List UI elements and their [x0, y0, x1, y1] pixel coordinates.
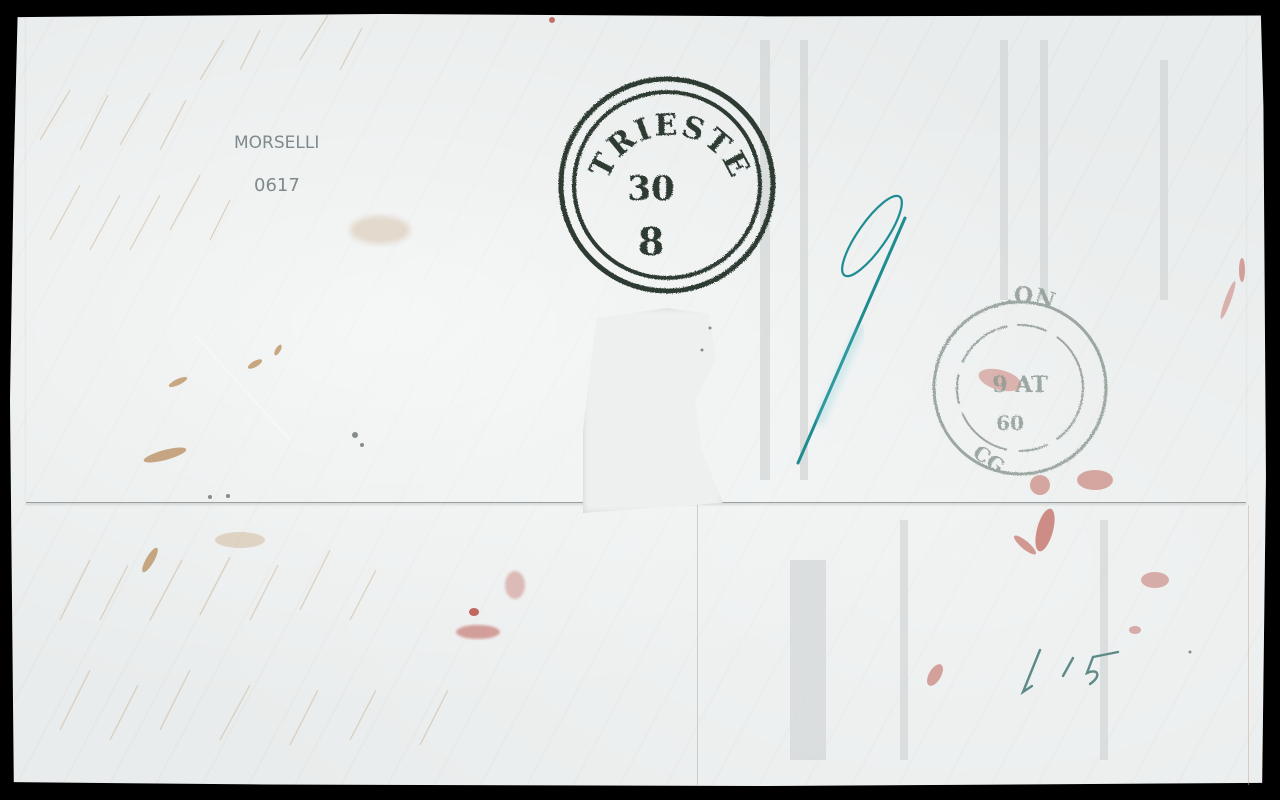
markings-layer: TRIESTE 30 8 …ON 9 AT 60 CG MORSELLI 061…: [0, 0, 1280, 800]
pencil-note: MORSELLI 0617: [234, 133, 319, 196]
postmark-month: 8: [638, 219, 664, 264]
transit-year: 60: [996, 411, 1024, 435]
cover-scan: TRIESTE 30 8 …ON 9 AT 60 CG MORSELLI 061…: [0, 0, 1280, 800]
transit-date: 9 AT: [992, 372, 1048, 398]
postmark-day: 30: [627, 169, 674, 209]
pencil-note-line2: 0617: [254, 175, 300, 196]
transit-postmark: …ON 9 AT 60 CG: [934, 282, 1106, 478]
pencil-note-line1: MORSELLI: [234, 133, 319, 153]
wax-seal-remnants: [456, 258, 1245, 688]
manuscript-rate-9: [798, 189, 911, 463]
printed-show-through: [760, 40, 1168, 760]
transit-town: …ON: [987, 282, 1058, 314]
show-through-writing: [40, 15, 448, 745]
foxing-stains: [140, 17, 555, 574]
trieste-postmark: TRIESTE 30 8: [561, 79, 773, 291]
svg-text:…ON: …ON: [987, 282, 1058, 314]
